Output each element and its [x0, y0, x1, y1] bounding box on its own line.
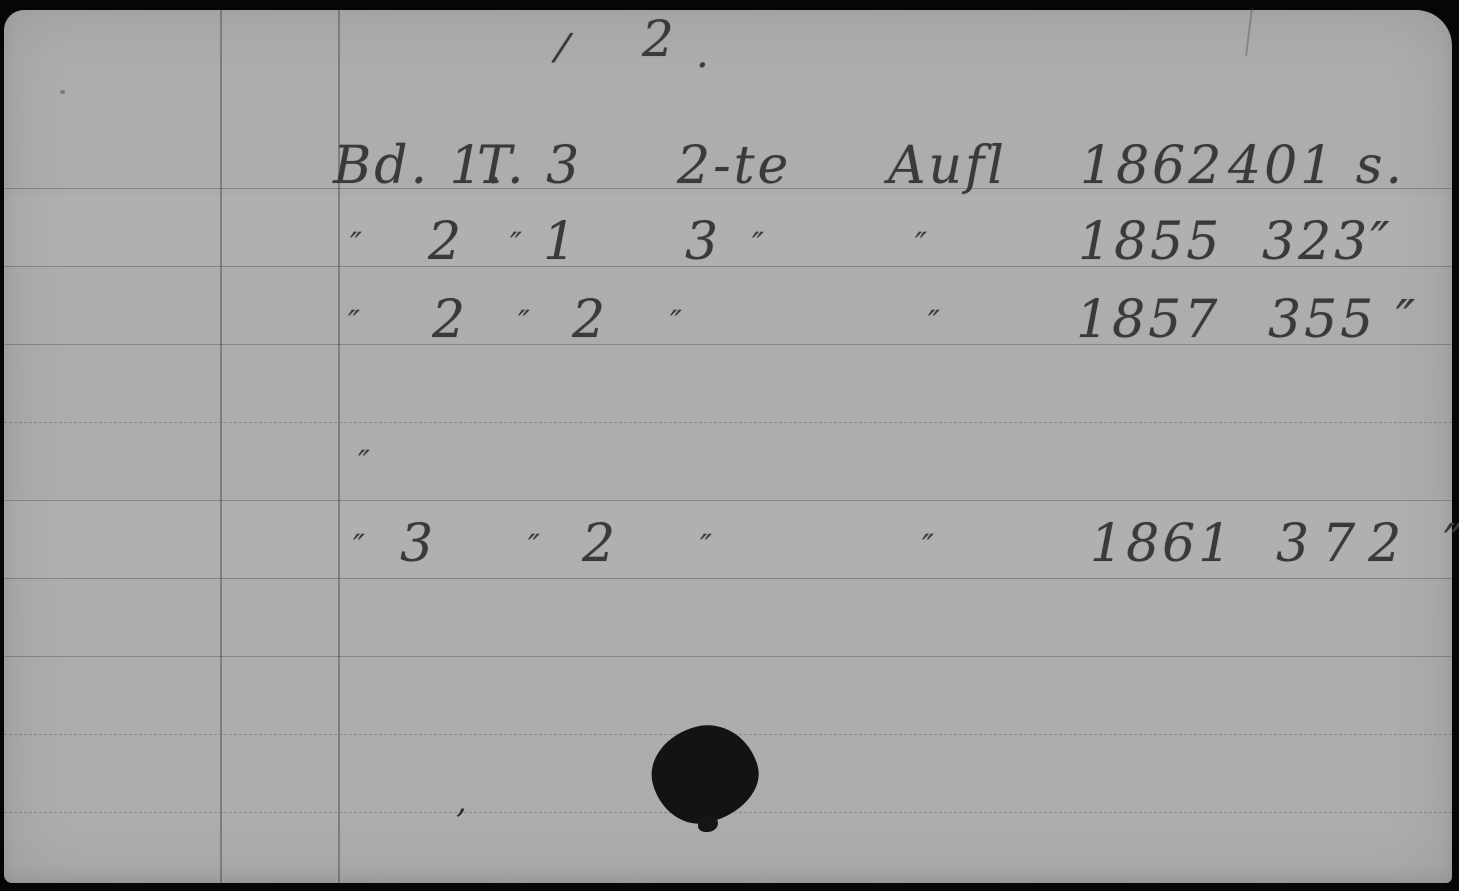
- row4-band-cell: 3: [400, 518, 436, 570]
- row4-ditto-aufl: ″: [922, 530, 935, 562]
- row3-teil-cell: 2: [572, 294, 608, 346]
- row3-year-cell: 1857: [1076, 294, 1220, 346]
- row3-band-cell: 2: [432, 294, 468, 346]
- row2-year-cell: 1855: [1078, 216, 1222, 268]
- row2-teil-cell: 1: [543, 216, 579, 268]
- row2-ditto-edition: ″: [752, 228, 765, 260]
- dust-speck: [60, 90, 65, 94]
- row4-teil-cell: 2: [582, 518, 618, 570]
- row4-pages-cell: 372 ″: [1276, 518, 1459, 570]
- page-number-dot: .: [696, 34, 712, 74]
- row2-pages-cell: 323″: [1262, 216, 1393, 268]
- row1-edition-cell: 2-te: [677, 140, 791, 192]
- row2-ditto-aufl: ″: [915, 228, 928, 260]
- row4-ditto-edition: ″: [700, 530, 713, 562]
- row2-edition-cell: 3: [685, 216, 721, 268]
- margin-line-left: [220, 10, 222, 883]
- row4-ditto-teil: ″: [528, 530, 541, 562]
- stray-comma-mark: ,: [456, 784, 467, 818]
- row4-year-cell: 1861: [1090, 518, 1234, 570]
- scanned-index-card-page: / 2 . Bd. 1. T. 3 2-te Aufl 1862 401 s. …: [0, 0, 1459, 891]
- row1-year-cell: 1862: [1080, 140, 1224, 192]
- row4-ditto-band: ″: [353, 530, 366, 562]
- row3-pages-cell: 355 ″: [1268, 294, 1418, 346]
- row2-ditto-teil: ″: [510, 228, 523, 260]
- row2-ditto-band: ″: [350, 228, 363, 260]
- page-number: 2: [642, 14, 677, 64]
- row3-ditto-edition: ″: [670, 306, 683, 338]
- row1-teil-cell: T. 3: [477, 140, 582, 192]
- row3-ditto-teil: ″: [518, 306, 531, 338]
- row1-pages-cell: 401 s.: [1228, 140, 1405, 192]
- row3-ditto-band: ″: [348, 306, 361, 338]
- row3-ditto-aufl: ″: [928, 306, 941, 338]
- stray-ditto-mark: ″: [358, 446, 371, 478]
- row2-band-cell: 2: [428, 216, 464, 268]
- row1-edition-word-cell: Aufl: [888, 140, 1007, 192]
